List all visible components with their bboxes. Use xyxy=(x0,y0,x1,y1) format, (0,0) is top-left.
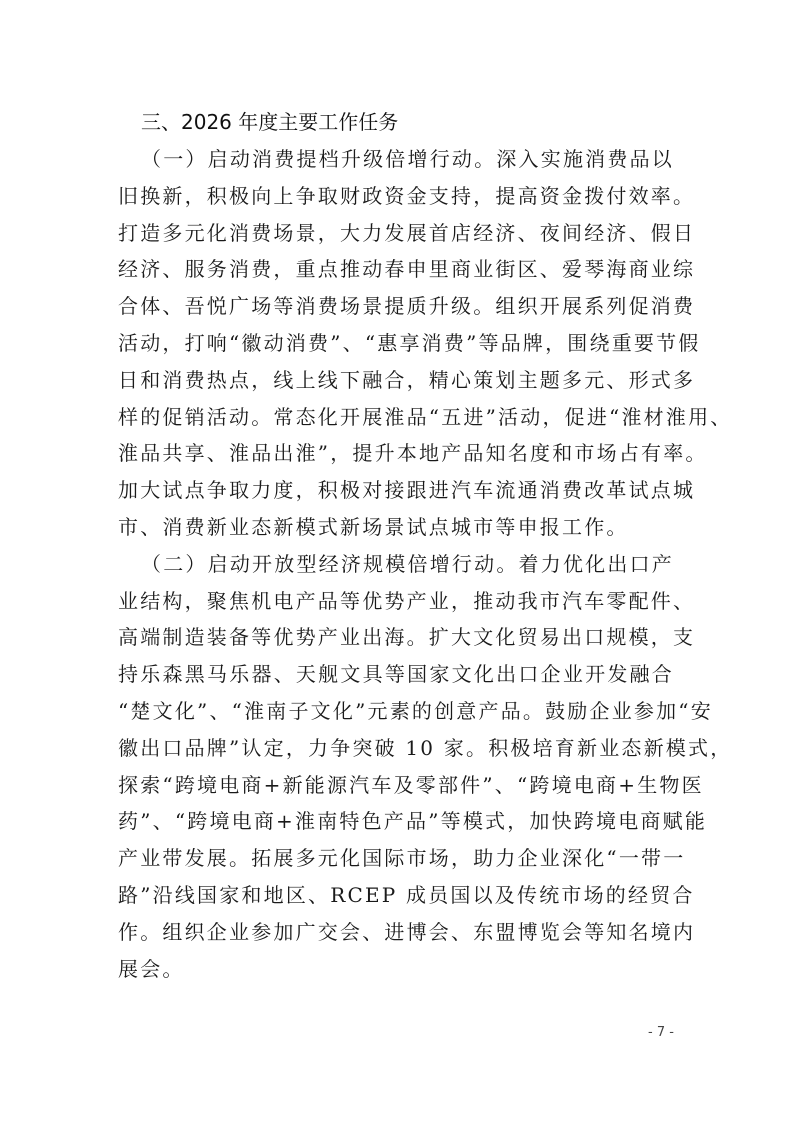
page-number: - 7 - xyxy=(648,1025,674,1040)
text-line: 活动，打响“徽动消费”、“惠享消费”等品牌，围绕重要节假 xyxy=(118,325,674,362)
text-line: 持乐森黑马乐器、天舰文具等国家文化出口企业开发融合 xyxy=(118,656,674,693)
paragraph-consumption-upgrade: （一）启动消费提档升级倍增行动。深入实施消费品以 旧换新，积极向上争取财政资金支… xyxy=(118,141,674,546)
text-line: 高端制造装备等优势产业出海。扩大文化贸易出口规模，支 xyxy=(118,619,674,656)
section-heading: 三、2026 年度主要工作任务 xyxy=(118,104,674,141)
text-line: 淮品共享、淮品出淮”，提升本地产品知名度和市场占有率。 xyxy=(118,435,674,472)
text-line: （一）启动消费提档升级倍增行动。深入实施消费品以 xyxy=(118,141,674,178)
text-line: 产业带发展。拓展多元化国际市场，助力企业深化“一带一 xyxy=(118,840,674,877)
paragraph-open-economy: （二）启动开放型经济规模倍增行动。着力优化出口产 业结构，聚焦机电产品等优势产业… xyxy=(118,546,674,988)
text-line: 市、消费新业态新模式新场景试点城市等申报工作。 xyxy=(118,509,674,546)
text-line: 路”沿线国家和地区、RCEP 成员国以及传统市场的经贸合 xyxy=(118,877,674,914)
text-line: 合体、吾悦广场等消费场景提质升级。组织开展系列促消费 xyxy=(118,288,674,325)
text-line: 探索“跨境电商+新能源汽车及零部件”、“跨境电商+生物医 xyxy=(118,767,674,804)
text-line: （二）启动开放型经济规模倍增行动。着力优化出口产 xyxy=(118,546,674,583)
text-line: 作。组织企业参加广交会、进博会、东盟博览会等知名境内 xyxy=(118,914,674,951)
text-line: 日和消费热点，线上线下融合，精心策划主题多元、形式多 xyxy=(118,362,674,399)
text-line: 打造多元化消费场景，大力发展首店经济、夜间经济、假日 xyxy=(118,215,674,252)
document-page: 三、2026 年度主要工作任务 （一）启动消费提档升级倍增行动。深入实施消费品以… xyxy=(118,104,674,987)
text-line: 业结构，聚焦机电产品等优势产业，推动我市汽车零配件、 xyxy=(118,583,674,620)
text-line: 展会。 xyxy=(118,951,674,988)
text-line: 样的促销活动。常态化开展淮品“五进”活动，促进“淮材淮用、 xyxy=(118,399,674,436)
text-line: 旧换新，积极向上争取财政资金支持，提高资金拨付效率。 xyxy=(118,178,674,215)
text-line: “楚文化”、“淮南子文化”元素的创意产品。鼓励企业参加“安 xyxy=(118,693,674,730)
text-line: 药”、“跨境电商+淮南特色产品”等模式，加快跨境电商赋能 xyxy=(118,803,674,840)
text-line: 徽出口品牌”认定，力争突破 10 家。积极培育新业态新模式， xyxy=(118,730,674,767)
text-line: 加大试点争取力度，积极对接跟进汽车流通消费改革试点城 xyxy=(118,472,674,509)
text-line: 经济、服务消费，重点推动春申里商业街区、爱琴海商业综 xyxy=(118,251,674,288)
